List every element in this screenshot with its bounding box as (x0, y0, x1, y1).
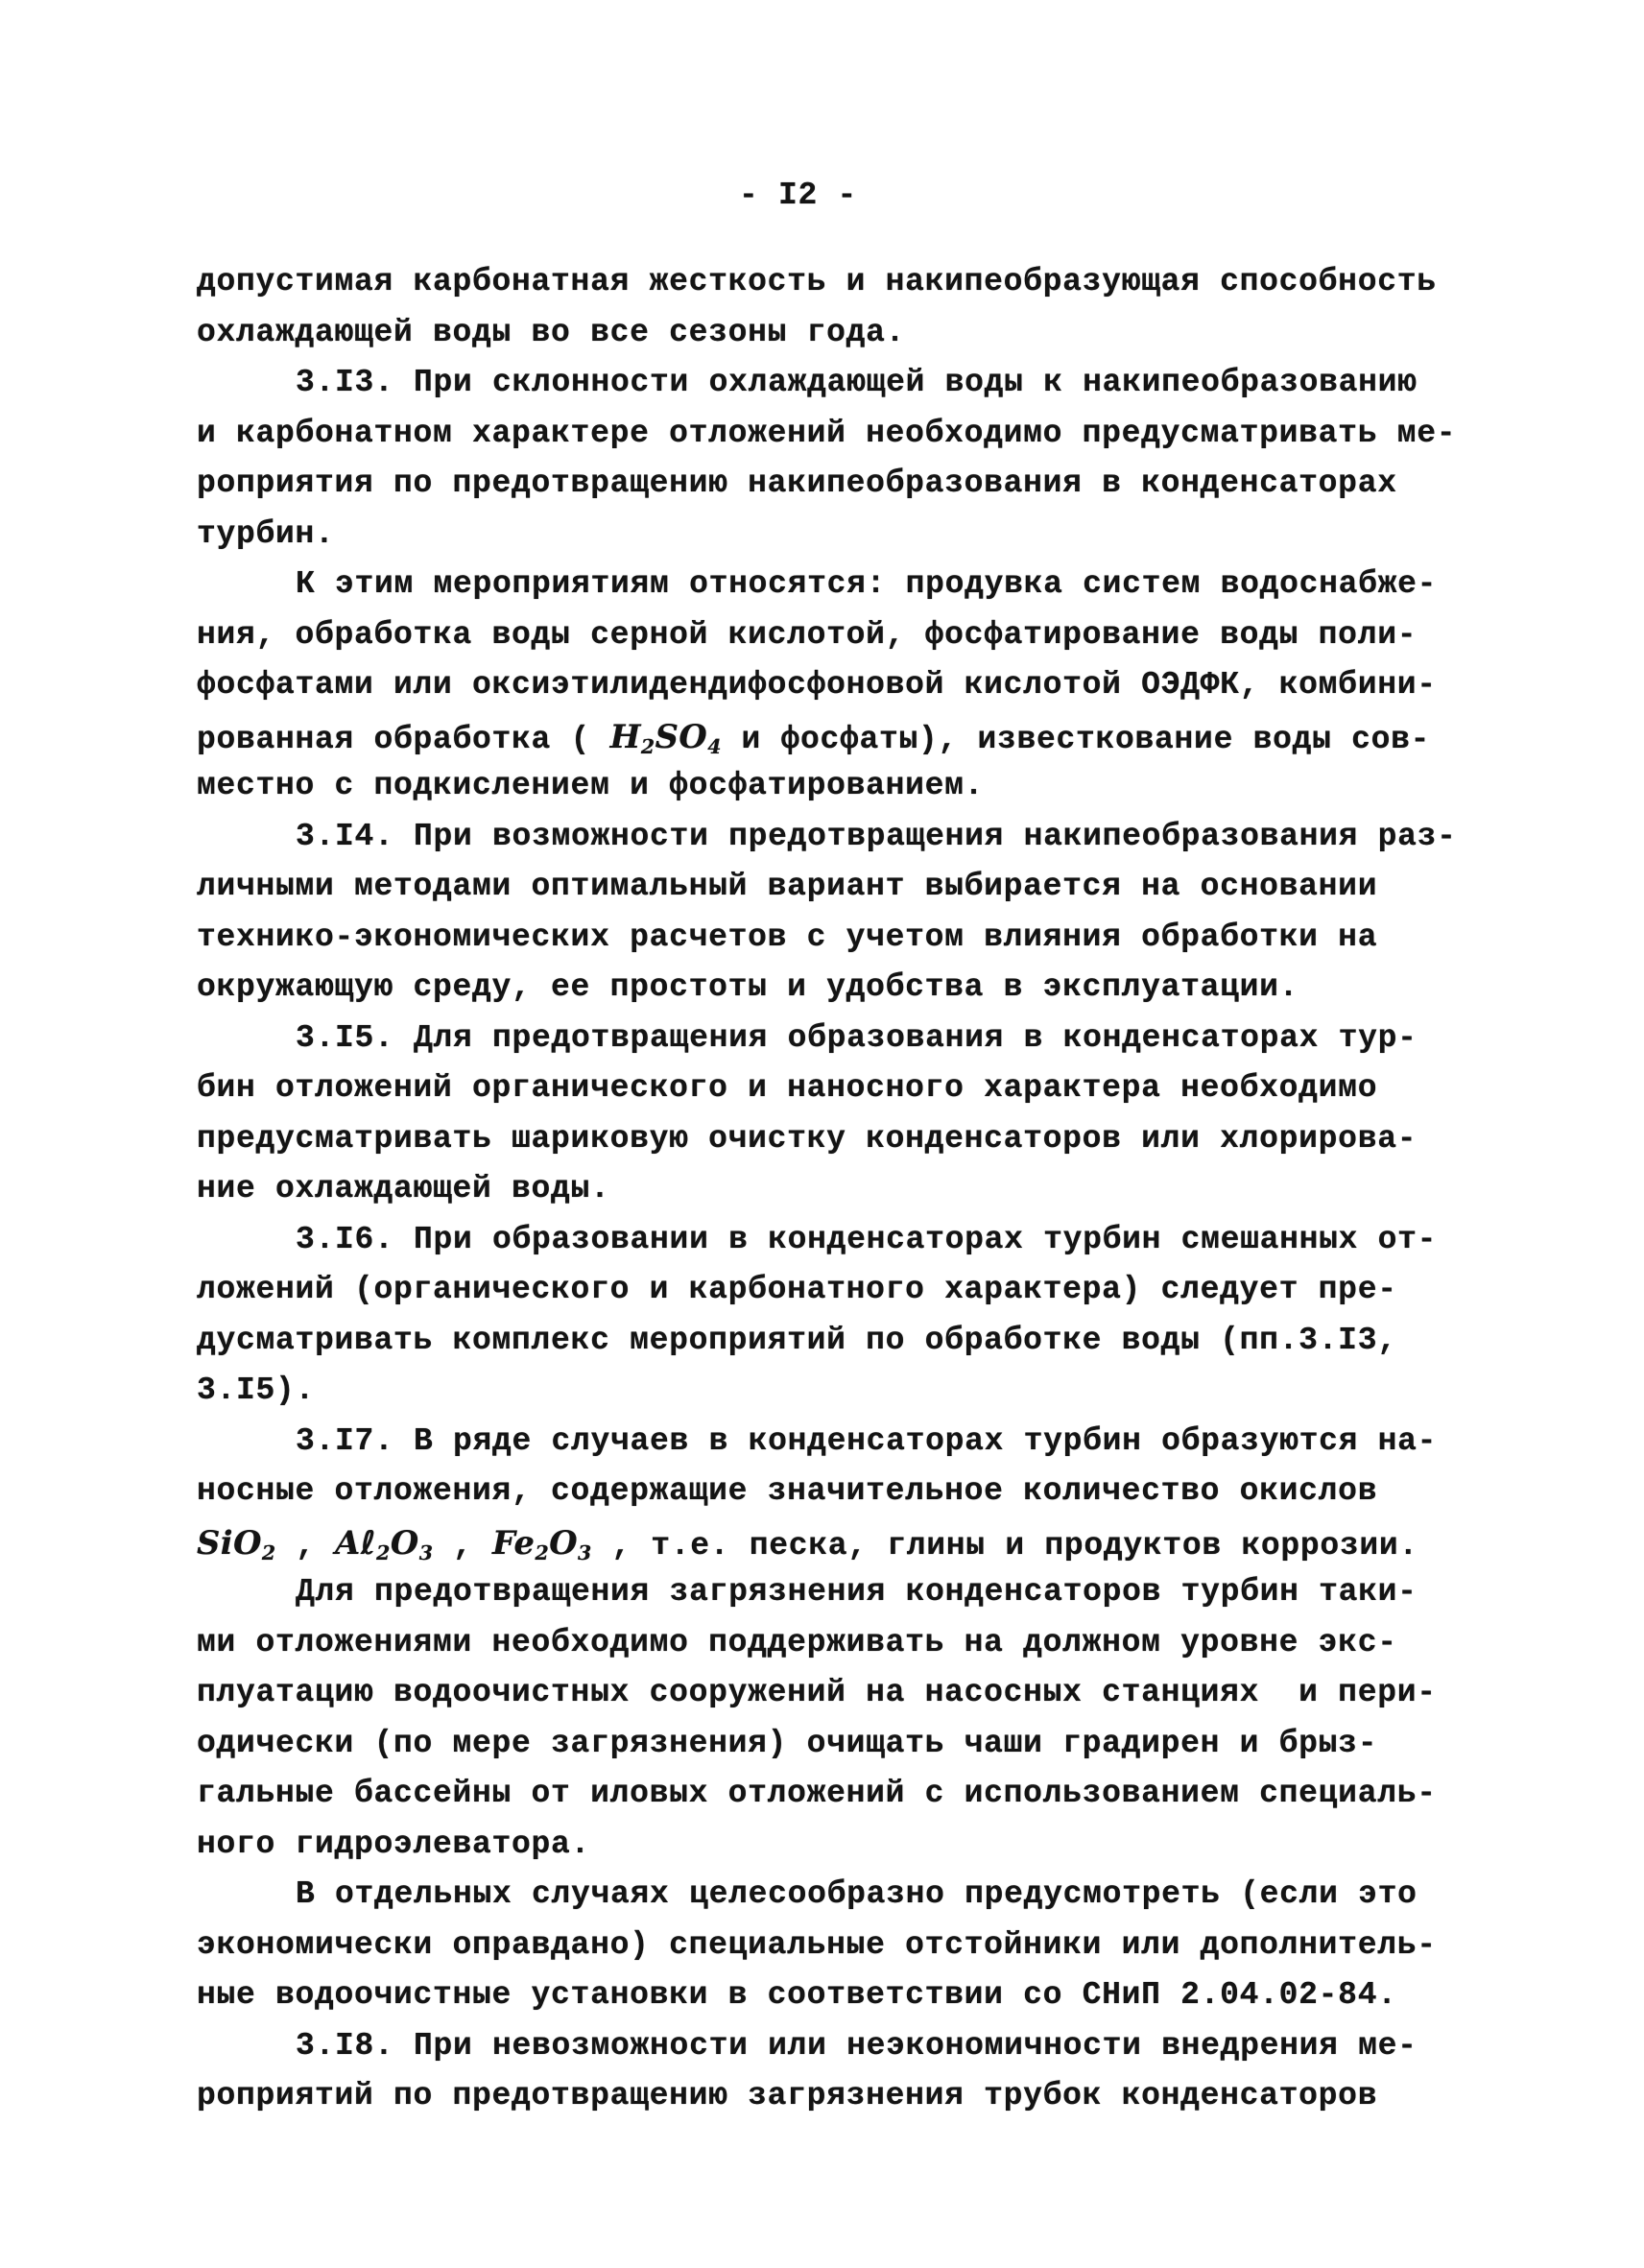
text-line: местно с подкислением и фосфатированием. (197, 761, 1473, 812)
text-run: технико-экономических расчетов с учетом … (197, 919, 1377, 955)
text-line: предусматривать шариковую очистку конден… (197, 1114, 1473, 1165)
text-run: турбин. (197, 516, 335, 552)
text-line: ния, обработка воды серной кислотой, фос… (197, 610, 1473, 661)
text-run: ложений (органического и карбонатного ха… (197, 1272, 1397, 1307)
chem-formula-part: SO (655, 717, 708, 755)
chem-formula-part: H (610, 717, 641, 755)
text-line: В отдельных случаях целесообразно предус… (197, 1870, 1473, 1921)
text-run: допустимая карбонатная жесткость и накип… (197, 264, 1437, 299)
text-run: гальные бассейны от иловых отложений с и… (197, 1776, 1437, 1811)
text-run: ми отложениями необходимо поддерживать н… (197, 1625, 1397, 1660)
text-run: 3.I3. При склонности охлаждающей воды к … (296, 365, 1418, 400)
text-run: рованная обработка ( (197, 722, 610, 757)
text-line: ложений (органического и карбонатного ха… (197, 1265, 1473, 1316)
chem-formula-part: SiO (197, 1523, 262, 1562)
text-run: , (433, 1528, 492, 1564)
text-line: фосфатами или оксиэтилидендифосфоновой к… (197, 660, 1473, 711)
text-run: дусматривать комплекс мероприятий по обр… (197, 1323, 1397, 1358)
text-line: плуатацию водоочистных сооружений на нас… (197, 1668, 1473, 1719)
document-body: допустимая карбонатная жесткость и накип… (197, 257, 1473, 2122)
text-run: и фосфаты), известкование воды сов- (722, 722, 1430, 757)
text-line: ми отложениями необходимо поддерживать н… (197, 1618, 1473, 1669)
text-line: 3.I5. Для предотвращения образования в к… (197, 1014, 1473, 1064)
scanned-document-page: - I2 - допустимая карбонатная жесткость … (0, 0, 1644, 2268)
text-line: гальные бассейны от иловых отложений с и… (197, 1769, 1473, 1820)
text-run: одически (по мере загрязнения) очищать ч… (197, 1726, 1377, 1761)
text-run: 3.I4. При возможности предотвращения нак… (296, 819, 1457, 854)
text-run: В отдельных случаях целесообразно предус… (296, 1876, 1418, 1912)
text-run: , (276, 1528, 336, 1564)
text-line: 3.I4. При возможности предотвращения нак… (197, 812, 1473, 863)
chem-formula-part: O (391, 1523, 419, 1562)
text-line: турбин. (197, 510, 1473, 561)
chem-formula-part: 2 (641, 735, 655, 758)
text-run: ного гидроэлеватора. (197, 1826, 590, 1862)
page-number: - I2 - (739, 178, 857, 213)
text-run: личными методами оптимальный вариант выб… (197, 869, 1377, 904)
text-line: технико-экономических расчетов с учетом … (197, 913, 1473, 964)
text-line: окружающую среду, ее простоты и удобства… (197, 963, 1473, 1014)
text-run: ние охлаждающей воды. (197, 1171, 610, 1206)
text-line: ные водоочистные установки в соответстви… (197, 1970, 1473, 2021)
text-run: окружающую среду, ее простоты и удобства… (197, 969, 1299, 1005)
text-run: предусматривать шариковую очистку конден… (197, 1121, 1417, 1157)
text-run: 3.I6. При образовании в конденсаторах ту… (296, 1222, 1437, 1257)
text-line: ние охлаждающей воды. (197, 1164, 1473, 1215)
text-run: бин отложений органического и наносного … (197, 1070, 1377, 1106)
text-line: одически (по мере загрязнения) очищать ч… (197, 1719, 1473, 1770)
text-run: 3.I5. Для предотвращения образования в к… (296, 1020, 1418, 1056)
chem-formula-part: Fe (492, 1523, 535, 1562)
text-run: Для предотвращения загрязнения конденсат… (296, 1574, 1418, 1610)
chem-formula-part: 2 (535, 1541, 549, 1564)
text-line: носные отложения, содержащие значительно… (197, 1467, 1473, 1517)
text-line: экономически оправдано) специальные отст… (197, 1921, 1473, 1971)
text-line: охлаждающей воды во все сезоны года. (197, 308, 1473, 359)
chem-formula-part: 3 (419, 1541, 434, 1564)
text-run: К этим мероприятиям относятся: продувка … (296, 566, 1437, 602)
text-run: ные водоочистные установки в соответстви… (197, 1977, 1397, 2013)
text-line: ного гидроэлеватора. (197, 1820, 1473, 1871)
text-line: Для предотвращения загрязнения конденсат… (197, 1567, 1473, 1618)
chem-formula-part: O (549, 1523, 578, 1562)
text-run: ния, обработка воды серной кислотой, фос… (197, 617, 1417, 653)
text-line: допустимая карбонатная жесткость и накип… (197, 257, 1473, 308)
chem-formula-part: 4 (707, 735, 722, 758)
text-line: личными методами оптимальный вариант выб… (197, 862, 1473, 913)
text-line: дусматривать комплекс мероприятий по обр… (197, 1316, 1473, 1367)
text-run: экономически оправдано) специальные отст… (197, 1927, 1437, 1963)
text-run: роприятия по предотвращению накипеобразо… (197, 466, 1397, 501)
chem-formula-part: Aℓ (335, 1523, 376, 1562)
text-line: 3.I3. При склонности охлаждающей воды к … (197, 358, 1473, 409)
text-line: роприятий по предотвращению загрязнения … (197, 2071, 1473, 2122)
text-run: , т.е. песка, глины и продуктов коррозии… (592, 1528, 1418, 1564)
text-run: и карбонатном характере отложений необхо… (197, 416, 1456, 451)
text-line: SiO2 , Aℓ2O3 , Fe2O3 , т.е. песка, глины… (197, 1517, 1473, 1568)
text-run: плуатацию водоочистных сооружений на нас… (197, 1675, 1437, 1710)
text-run: местно с подкислением и фосфатированием. (197, 768, 984, 803)
text-line: 3.I5). (197, 1366, 1473, 1417)
text-line: бин отложений органического и наносного … (197, 1063, 1473, 1114)
chem-formula-part: 2 (376, 1541, 391, 1564)
text-line: роприятия по предотвращению накипеобразо… (197, 459, 1473, 510)
text-line: и карбонатном характере отложений необхо… (197, 409, 1473, 460)
text-run: 3.I8. При невозможности или неэкономично… (296, 2028, 1418, 2064)
text-line: рованная обработка ( H2SO4 и фосфаты), и… (197, 711, 1473, 762)
chem-formula-part: 3 (578, 1541, 592, 1564)
text-line: К этим мероприятиям относятся: продувка … (197, 560, 1473, 610)
text-run: охлаждающей воды во все сезоны года. (197, 315, 905, 350)
text-run: 3.I7. В ряде случаев в конденсаторах тур… (296, 1423, 1437, 1459)
text-line: 3.I8. При невозможности или неэкономично… (197, 2021, 1473, 2072)
text-run: роприятий по предотвращению загрязнения … (197, 2078, 1377, 2113)
text-line: 3.I7. В ряде случаев в конденсаторах тур… (197, 1417, 1473, 1468)
chem-formula-part: 2 (262, 1541, 276, 1564)
text-run: носные отложения, содержащие значительно… (197, 1473, 1377, 1509)
text-run: фосфатами или оксиэтилидендифосфоновой к… (197, 667, 1437, 703)
text-line: 3.I6. При образовании в конденсаторах ту… (197, 1215, 1473, 1266)
text-run: 3.I5). (197, 1373, 315, 1408)
